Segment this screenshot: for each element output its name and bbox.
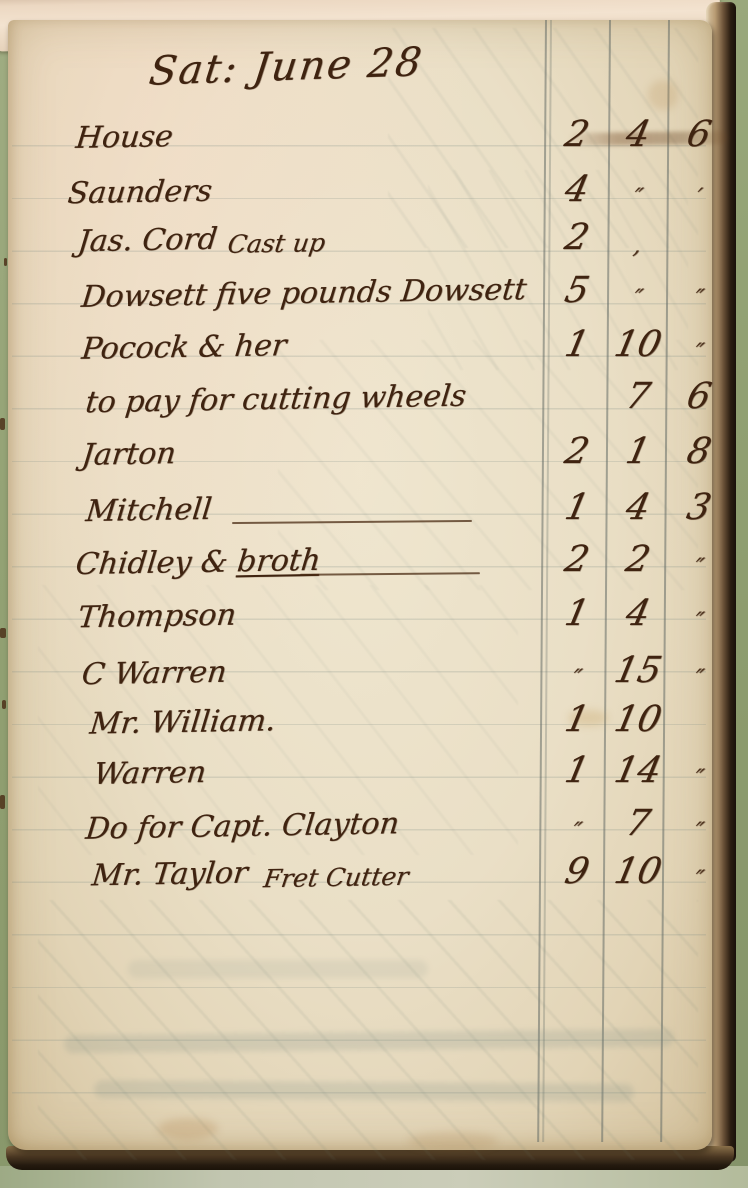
amount-pounds: 2: [546, 431, 609, 472]
entry-name: Jas. Cord: [76, 222, 219, 259]
amount-pounds: 2: [546, 217, 609, 258]
ledger-row: Mr. Taylor Fret Cutter 9 10 ″: [0, 857, 748, 903]
amount-pounds: 5: [546, 270, 609, 311]
ledger-row: Jarton 2 1 8: [0, 437, 748, 483]
entry-name: C Warren: [80, 655, 228, 693]
amount-pence: ″: [669, 607, 729, 635]
ledger-row: Do for Capt. Clayton ″ 7 ″: [0, 809, 748, 855]
entry-name: Saunders: [66, 174, 214, 212]
amount-pence: ″: [669, 338, 729, 366]
ledger-row: C Warren ″ 15 ″: [0, 656, 748, 702]
ledger-row: Dowsett five pounds Dowsett 5 ″ ″: [0, 276, 748, 322]
amount-shillings: 15: [607, 650, 670, 691]
amount-pence: ′: [669, 183, 729, 211]
amount-shillings: 14: [607, 750, 670, 791]
amount-pounds: 1: [546, 324, 609, 365]
entry-name: to pay for cutting wheels: [84, 379, 468, 421]
ledger-row: Saunders 4 ″ ′: [0, 175, 748, 221]
amount-shillings: 2: [607, 539, 670, 580]
amount-pounds: ″: [547, 817, 607, 845]
entry-name: Pocock & her: [80, 328, 288, 367]
ledger-photo-stage: Sat: June 28 House 2 4 6 Saunders 4 ″ ′ …: [0, 0, 748, 1188]
amount-pence: ″: [669, 865, 729, 893]
amount-shillings: 7: [607, 376, 670, 417]
ledger-row: Mr. William. 1 10: [0, 705, 748, 751]
amount-shillings: 4: [607, 487, 670, 528]
ledger-row: Mitchell 1 4 3: [0, 493, 748, 539]
amount-pence: ″: [669, 553, 729, 581]
ledger-row: House 2 4 6: [0, 120, 748, 166]
amount-shillings: 10: [607, 699, 670, 740]
filler-dash: [300, 572, 480, 576]
ledger-row: Warren 1 14 ″: [0, 756, 748, 802]
amount-shillings: 7: [607, 803, 670, 844]
amount-pence: ″: [669, 817, 729, 845]
entry-name: Dowsett five pounds Dowsett: [80, 272, 529, 315]
entry-name: Do for Capt. Clayton: [84, 806, 401, 846]
entry-name: Mr. Taylor: [90, 856, 249, 894]
amount-shillings: 4: [607, 114, 670, 155]
amount-pounds: 4: [546, 169, 609, 210]
filler-dash: [232, 520, 472, 524]
amount-pounds: 1: [546, 750, 609, 791]
entry-name: House: [74, 119, 175, 156]
amount-shillings: 10: [607, 851, 670, 892]
entry-name: Jarton: [80, 436, 178, 473]
ledger-row: Chidley & broth 2 2 ″: [0, 545, 748, 591]
entry-name: Mitchell: [84, 492, 213, 529]
entry-note: Cast up: [226, 228, 327, 259]
amount-pence: ″: [669, 284, 729, 312]
ledger-row: Jas. Cord Cast up 2 ,: [0, 223, 748, 269]
amount-pence: ″: [669, 764, 729, 792]
entry-name: Thompson: [76, 598, 238, 636]
amount-pence: ″: [669, 664, 729, 692]
ledger-row: Pocock & her 1 10 ″: [0, 330, 748, 376]
entry-name: Mr. William.: [88, 703, 277, 741]
entry-note: Fret Cutter: [262, 862, 411, 894]
amount-pence: 6: [668, 376, 731, 417]
amount-shillings: 1: [607, 431, 670, 472]
amount-pounds: 2: [546, 539, 609, 580]
amount-shillings: ″: [608, 284, 668, 312]
amount-pence: 6: [668, 114, 731, 155]
amount-pence: 8: [668, 431, 731, 472]
handwriting-layer: Sat: June 28 House 2 4 6 Saunders 4 ″ ′ …: [0, 0, 748, 1188]
amount-pounds: 1: [546, 699, 609, 740]
date-heading: Sat: June 28: [146, 39, 425, 94]
amount-pence: 3: [668, 487, 731, 528]
ledger-row: Thompson 1 4 ″: [0, 599, 748, 645]
amount-shillings: 4: [607, 593, 670, 634]
amount-pounds: 1: [546, 487, 609, 528]
amount-shillings: 10: [607, 324, 670, 365]
amount-pounds: 1: [546, 593, 609, 634]
entry-name: Warren: [92, 755, 208, 792]
ledger-row: to pay for cutting wheels 7 6: [0, 382, 748, 428]
entry-name: Chidley & broth: [74, 543, 322, 582]
amount-pounds: 9: [546, 851, 609, 892]
amount-shillings: ,: [608, 231, 668, 259]
amount-shillings: ″: [608, 183, 668, 211]
amount-pounds: ″: [547, 664, 607, 692]
amount-pounds: 2: [546, 114, 609, 155]
